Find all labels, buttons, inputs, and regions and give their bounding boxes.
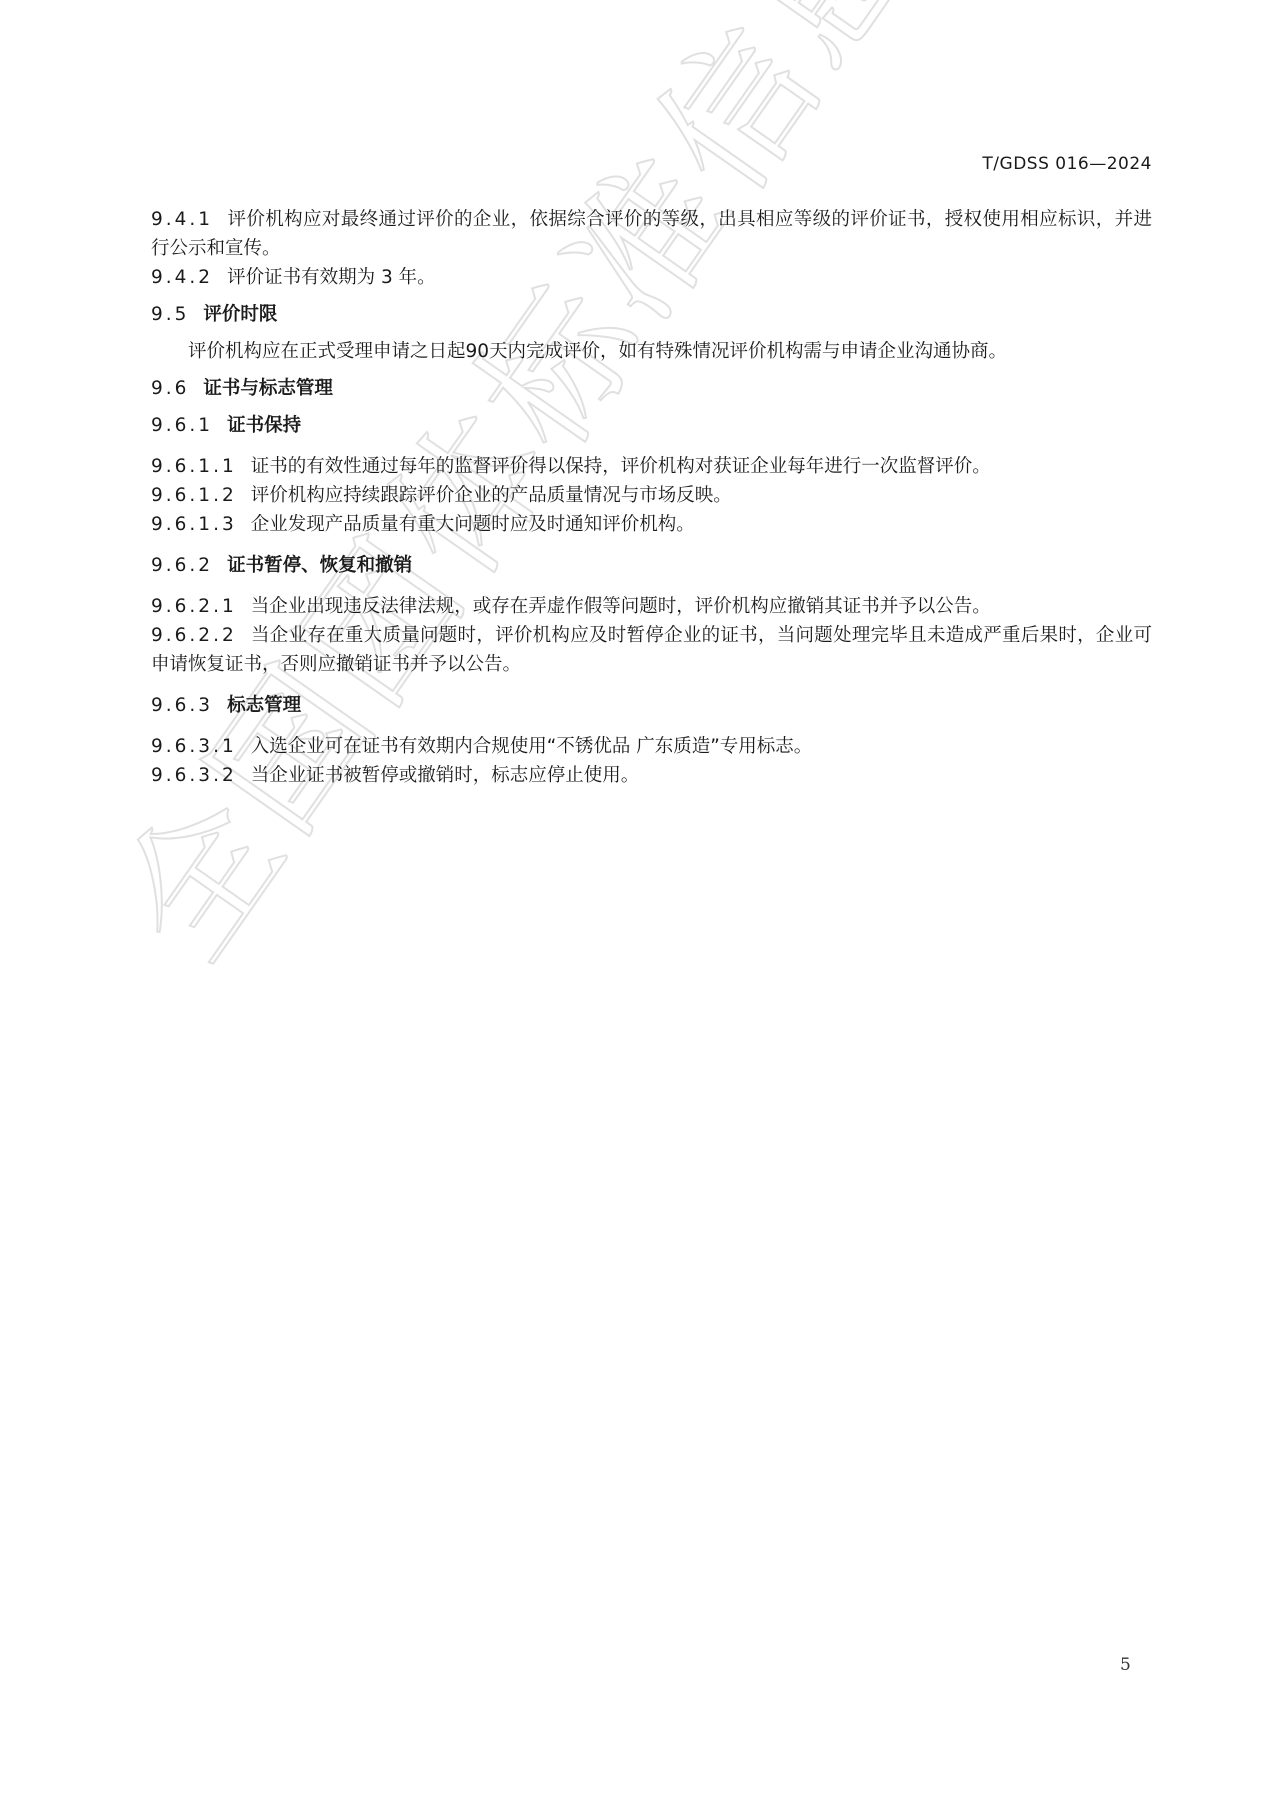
clause-number: 9.6.1.1 [151,452,237,481]
heading-title: 证书保持 [227,415,301,436]
clause-9-6-3-1: 9.6.3.1入选企业可在证书有效期内合规使用“不锈优品 广东质造”专用标志。 [151,732,1152,761]
clause-text: 评价证书有效期为 3 年。 [227,267,436,288]
clause-number: 9.6.3.2 [151,761,237,790]
clause-number: 9.6.2.2 [151,621,237,650]
clause-number: 9.4.2 [151,263,213,292]
clause-9-6-1-1: 9.6.1.1证书的有效性通过每年的监督评价得以保持，评价机构对获证企业每年进行… [151,452,1152,481]
heading-title: 标志管理 [227,695,301,716]
document-page: 全国团体标准信息平台 T/GDSS 016—2024 9.4.1评价机构应对最终… [0,0,1280,1810]
heading-9-6-3: 9.6.3标志管理 [151,691,1152,720]
clause-text: 当企业出现违反法律法规，或存在弄虚作假等问题时，评价机构应撤销其证书并予以公告。 [251,596,991,617]
standard-code: T/GDSS 016—2024 [982,154,1152,174]
clause-text: 入选企业可在证书有效期内合规使用“不锈优品 广东质造”专用标志。 [251,736,813,757]
heading-9-6-1: 9.6.1证书保持 [151,411,1152,440]
clause-number: 9.6.3.1 [151,732,237,761]
heading-number: 9.6.2 [151,551,213,580]
clause-9-4-1: 9.4.1评价机构应对最终通过评价的企业，依据综合评价的等级，出具相应等级的评价… [151,205,1152,263]
heading-number: 9.6 [151,374,189,403]
clause-text: 当企业证书被暂停或撤销时，标志应停止使用。 [251,765,640,786]
heading-number: 9.6.3 [151,691,213,720]
clause-9-6-1-3: 9.6.1.3企业发现产品质量有重大问题时应及时通知评价机构。 [151,510,1152,539]
heading-9-6-2: 9.6.2证书暂停、恢复和撤销 [151,551,1152,580]
clause-9-6-2-2: 9.6.2.2当企业存在重大质量问题时，评价机构应及时暂停企业的证书，当问题处理… [151,621,1152,679]
heading-title: 评价时限 [203,304,277,325]
page-number: 5 [1120,1655,1131,1675]
paragraph-9-5-body: 评价机构应在正式受理申请之日起90天内完成评价，如有特殊情况评价机构需与申请企业… [151,337,1152,366]
clause-9-6-2-1: 9.6.2.1当企业出现违反法律法规，或存在弄虚作假等问题时，评价机构应撤销其证… [151,592,1152,621]
heading-title: 证书与标志管理 [203,378,333,399]
clause-number: 9.6.1.2 [151,481,237,510]
heading-number: 9.6.1 [151,411,213,440]
clause-text: 评价机构应持续跟踪评价企业的产品质量情况与市场反映。 [251,485,732,506]
heading-9-5: 9.5评价时限 [151,300,1152,329]
clause-number: 9.4.1 [151,205,213,234]
heading-9-6: 9.6证书与标志管理 [151,374,1152,403]
document-body: 9.4.1评价机构应对最终通过评价的企业，依据综合评价的等级，出具相应等级的评价… [151,205,1152,790]
heading-title: 证书暂停、恢复和撤销 [227,555,412,576]
heading-number: 9.5 [151,300,189,329]
clause-9-6-3-2: 9.6.3.2当企业证书被暂停或撤销时，标志应停止使用。 [151,761,1152,790]
clause-number: 9.6.2.1 [151,592,237,621]
clause-text: 评价机构应对最终通过评价的企业，依据综合评价的等级，出具相应等级的评价证书，授权… [151,209,1152,259]
clause-9-6-1-2: 9.6.1.2评价机构应持续跟踪评价企业的产品质量情况与市场反映。 [151,481,1152,510]
clause-text: 企业发现产品质量有重大问题时应及时通知评价机构。 [251,514,695,535]
clause-9-4-2: 9.4.2评价证书有效期为 3 年。 [151,263,1152,292]
clause-number: 9.6.1.3 [151,510,237,539]
clause-text: 当企业存在重大质量问题时，评价机构应及时暂停企业的证书，当问题处理完毕且未造成严… [151,625,1152,675]
clause-text: 证书的有效性通过每年的监督评价得以保持，评价机构对获证企业每年进行一次监督评价。 [251,456,991,477]
